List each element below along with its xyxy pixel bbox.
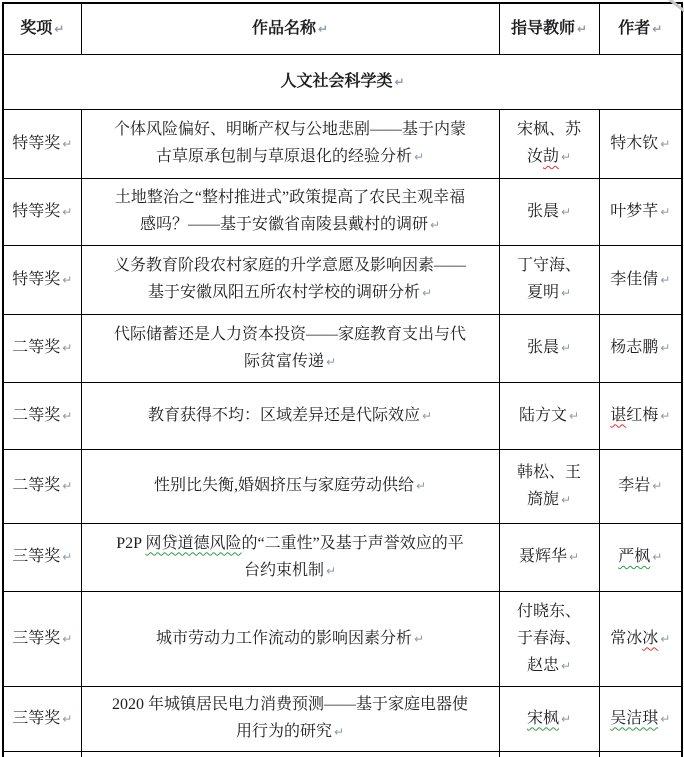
award-cell[interactable]: 二等奖↵	[3, 449, 81, 523]
header-advisor-label: 指导教师	[511, 20, 575, 37]
award-cell[interactable]: 特等奖↵	[3, 245, 81, 314]
table-row: 二等奖↵性别比失衡,婚姻挤压与家庭劳动供给↵韩松、王旖旎↵李岩↵	[3, 449, 682, 523]
advisor-cell-text: 韩松、王旖旎	[517, 464, 581, 508]
author-cell[interactable]: 李佳倩↵	[599, 245, 682, 314]
author-cell-text: 常冰	[610, 630, 642, 647]
paragraph-mark: ↵	[660, 341, 670, 355]
title-cell[interactable]: 土地整治之“整村推进式”政策提高了农民主观幸福感吗？——基于安徽省南陵县戴村的调…	[81, 178, 499, 245]
paragraph-mark: ↵	[561, 150, 571, 164]
paragraph-mark: ↵	[62, 712, 72, 726]
paragraph-mark: ↵	[62, 479, 72, 493]
advisor-cell-text: 付晓东、于春海、赵忠	[517, 603, 581, 674]
paragraph-mark: ↵	[660, 712, 670, 726]
award-cell-text: 特等奖	[12, 135, 60, 152]
table-body: 特等奖↵个体风险偏好、明晰产权与公地悲剧——基于内蒙古草原承包制与草原退化的经验…	[3, 109, 682, 751]
advisor-cell[interactable]: 付晓东、于春海、赵忠↵	[499, 591, 599, 686]
paragraph-mark: ↵	[416, 479, 426, 493]
award-cell-text: 二等奖	[12, 339, 60, 356]
paragraph-mark: ↵	[62, 205, 72, 219]
paragraph-mark: ↵	[561, 712, 571, 726]
category-label: 人文社会科学类	[280, 73, 392, 90]
title-cell[interactable]: P2P 网贷道德风险的“二重性”及基于声誉效应的平台约束机制↵	[81, 523, 499, 591]
award-cell[interactable]: 特等奖↵	[3, 178, 81, 245]
paragraph-mark: ↵	[422, 409, 432, 423]
paragraph-mark: ↵	[660, 409, 670, 423]
author-cell[interactable]: 叶梦芊↵	[599, 178, 682, 245]
paragraph-mark: ↵	[334, 725, 344, 739]
title-cell-text: 代际储蓄还是人力资本投资——家庭教育支出与代际贫富传递	[114, 326, 466, 370]
awards-table: 奖项↵ 作品名称↵ 指导教师↵ 作者↵ 人文社会科学类↵ 特等奖↵个体风险偏好、…	[2, 2, 683, 757]
header-award[interactable]: 奖项↵	[3, 3, 81, 54]
author-cell-text: 红梅	[626, 407, 658, 424]
paragraph-mark: ↵	[394, 75, 404, 89]
advisor-cell[interactable]: 张晨↵	[499, 178, 599, 245]
author-cell[interactable]: 严枫↵	[599, 523, 682, 591]
title-cell[interactable]: 2020 年城镇居民电力消费预测——基于家庭电器使用行为的研究↵	[81, 686, 499, 751]
paragraph-mark: ↵	[660, 137, 670, 151]
paragraph-mark: ↵	[62, 409, 72, 423]
title-cell[interactable]: 城市劳动力工作流动的影响因素分析↵	[81, 591, 499, 686]
author-cell-text: 李岩	[618, 477, 650, 494]
author-cell-text: 李佳倩	[610, 271, 658, 288]
title-cell-text: 教育获得不均：区域差异还是代际效应	[148, 407, 420, 424]
title-cell[interactable]: 性别比失衡,婚姻挤压与家庭劳动供给↵	[81, 449, 499, 523]
advisor-cell[interactable]: 韩松、王旖旎↵	[499, 449, 599, 523]
paragraph-mark: ↵	[561, 659, 571, 673]
paragraph-mark: ↵	[660, 632, 670, 646]
table-row: 三等奖↵2020 年城镇居民电力消费预测——基于家庭电器使用行为的研究↵宋枫↵吴…	[3, 686, 682, 751]
empty-cell[interactable]	[599, 751, 682, 757]
empty-cell[interactable]	[81, 751, 499, 757]
paragraph-mark: ↵	[62, 273, 72, 287]
paragraph-mark: ↵	[62, 632, 72, 646]
author-cell[interactable]: 吴洁琪↵	[599, 686, 682, 751]
paragraph-mark: ↵	[62, 341, 72, 355]
author-cell[interactable]: 杨志鹏↵	[599, 314, 682, 382]
paragraph-mark: ↵	[62, 137, 72, 151]
paragraph-mark: ↵	[62, 550, 72, 564]
title-cell-text: 城市劳动力工作流动的影响因素分析	[156, 630, 412, 647]
advisor-cell-text: 丁守海、夏明	[517, 257, 581, 301]
paragraph-mark: ↵	[561, 205, 571, 219]
author-cell-text: 特木钦	[610, 135, 658, 152]
award-cell[interactable]: 特等奖↵	[3, 109, 81, 178]
paragraph-mark: ↵	[414, 150, 424, 164]
paragraph-mark: ↵	[652, 22, 662, 36]
advisor-cell-text: 张晨	[527, 339, 559, 356]
paragraph-mark: ↵	[430, 218, 440, 232]
misspelled-text-red: 冰	[642, 630, 658, 647]
advisor-cell[interactable]: 聂辉华↵	[499, 523, 599, 591]
misspelled-text-red: 劼	[543, 148, 559, 165]
advisor-cell[interactable]: 宋枫↵	[499, 686, 599, 751]
advisor-cell[interactable]: 张晨↵	[499, 314, 599, 382]
category-row: 人文社会科学类↵	[3, 54, 682, 109]
misspelled-text-red: 谌	[610, 407, 626, 424]
category-cell[interactable]: 人文社会科学类↵	[3, 54, 682, 109]
table-row: 特等奖↵土地整治之“整村推进式”政策提高了农民主观幸福感吗？——基于安徽省南陵县…	[3, 178, 682, 245]
title-cell[interactable]: 代际储蓄还是人力资本投资——家庭教育支出与代际贫富传递↵	[81, 314, 499, 382]
award-cell-text: 特等奖	[12, 203, 60, 220]
title-cell[interactable]: 义务教育阶段农村家庭的升学意愿及影响因素——基于安徽凤阳五所农村学校的调研分析↵	[81, 245, 499, 314]
paragraph-mark: ↵	[561, 493, 571, 507]
award-cell[interactable]: 二等奖↵	[3, 382, 81, 449]
paragraph-mark: ↵	[577, 22, 587, 36]
title-cell-text: 性别比失衡,婚姻挤压与家庭劳动供给	[154, 477, 414, 494]
author-cell[interactable]: 特木钦↵	[599, 109, 682, 178]
award-cell[interactable]: 三等奖↵	[3, 591, 81, 686]
misspelled-text-green: 网贷道德风险	[145, 535, 241, 552]
award-cell[interactable]: 三等奖↵	[3, 523, 81, 591]
paragraph-mark: ↵	[414, 632, 424, 646]
award-cell-text: 三等奖	[12, 710, 60, 727]
table-row: 二等奖↵代际储蓄还是人力资本投资——家庭教育支出与代际贫富传递↵张晨↵杨志鹏↵	[3, 314, 682, 382]
header-title[interactable]: 作品名称↵	[81, 3, 499, 54]
misspelled-text-green: 宋枫	[527, 710, 559, 727]
author-cell-text: 叶梦芊	[610, 203, 658, 220]
empty-cell[interactable]	[499, 751, 599, 757]
table-row: 特等奖↵义务教育阶段农村家庭的升学意愿及影响因素——基于安徽凤阳五所农村学校的调…	[3, 245, 682, 314]
paragraph-mark: ↵	[660, 205, 670, 219]
title-cell[interactable]: 个体风险偏好、明晰产权与公地悲剧——基于内蒙古草原承包制与草原退化的经验分析↵	[81, 109, 499, 178]
table-row: 三等奖↵P2P 网贷道德风险的“二重性”及基于声誉效应的平台约束机制↵聂辉华↵严…	[3, 523, 682, 591]
award-cell-text: 二等奖	[12, 477, 60, 494]
advisor-cell[interactable]: 丁守海、夏明↵	[499, 245, 599, 314]
title-cell-text: P2P	[116, 535, 145, 552]
empty-cell[interactable]	[3, 751, 81, 757]
author-cell[interactable]: 谌红梅↵	[599, 382, 682, 449]
header-author-label: 作者	[618, 20, 650, 37]
paragraph-mark: ↵	[422, 286, 432, 300]
table-row: 三等奖↵城市劳动力工作流动的影响因素分析↵付晓东、于春海、赵忠↵常冰冰↵	[3, 591, 682, 686]
title-cell-text: 土地整治之“整村推进式”政策提高了农民主观幸福感吗？——基于安徽省南陵县戴村的调…	[115, 189, 465, 233]
document-page: 奖项↵ 作品名称↵ 指导教师↵ 作者↵ 人文社会科学类↵ 特等奖↵个体风险偏好、…	[0, 0, 684, 757]
paragraph-mark: ↵	[569, 409, 579, 423]
header-award-label: 奖项	[20, 20, 52, 37]
advisor-cell[interactable]: 宋枫、苏汝劼↵	[499, 109, 599, 178]
paragraph-mark: ↵	[326, 355, 336, 369]
paragraph-mark: ↵	[569, 550, 579, 564]
paragraph-mark: ↵	[561, 286, 571, 300]
table-row: 二等奖↵教育获得不均：区域差异还是代际效应↵陆方文↵谌红梅↵	[3, 382, 682, 449]
award-cell-text: 二等奖	[12, 407, 60, 424]
header-advisor[interactable]: 指导教师↵	[499, 3, 599, 54]
table-row: 特等奖↵个体风险偏好、明晰产权与公地悲剧——基于内蒙古草原承包制与草原退化的经验…	[3, 109, 682, 178]
award-cell[interactable]: 二等奖↵	[3, 314, 81, 382]
paragraph-mark: ↵	[326, 564, 336, 578]
title-cell-text: 2020 年城镇居民电力消费预测——基于家庭电器使用行为的研究	[112, 696, 468, 740]
paragraph-mark: ↵	[561, 341, 571, 355]
award-cell-text: 三等奖	[12, 630, 60, 647]
paragraph-mark: ↵	[652, 550, 662, 564]
header-row: 奖项↵ 作品名称↵ 指导教师↵ 作者↵	[3, 3, 682, 54]
header-author[interactable]: 作者↵	[599, 3, 682, 54]
advisor-cell-text: 聂辉华	[519, 548, 567, 565]
advisor-cell-text: 陆方文	[519, 407, 567, 424]
table-row-partial	[3, 751, 682, 757]
award-cell-text: 三等奖	[12, 548, 60, 565]
author-cell[interactable]: 李岩↵	[599, 449, 682, 523]
advisor-cell-text: 张晨	[527, 203, 559, 220]
paragraph-mark: ↵	[652, 479, 662, 493]
misspelled-text-green: 严枫	[618, 548, 650, 565]
advisor-cell[interactable]: 陆方文↵	[499, 382, 599, 449]
award-cell-text: 特等奖	[12, 271, 60, 288]
header-title-label: 作品名称	[252, 20, 316, 37]
award-cell[interactable]: 三等奖↵	[3, 686, 81, 751]
title-cell-text: 义务教育阶段农村家庭的升学意愿及影响因素——基于安徽凤阳五所农村学校的调研分析	[114, 257, 466, 301]
title-cell-text: 的“二重性”及基于声誉效应的平台约束机制	[242, 535, 464, 579]
author-cell[interactable]: 常冰冰↵	[599, 591, 682, 686]
paragraph-mark: ↵	[318, 22, 328, 36]
paragraph-mark: ↵	[54, 22, 64, 36]
title-cell[interactable]: 教育获得不均：区域差异还是代际效应↵	[81, 382, 499, 449]
author-cell-text: 杨志鹏	[610, 339, 658, 356]
paragraph-mark: ↵	[660, 273, 670, 287]
misspelled-text-green: 吴洁琪	[610, 710, 658, 727]
